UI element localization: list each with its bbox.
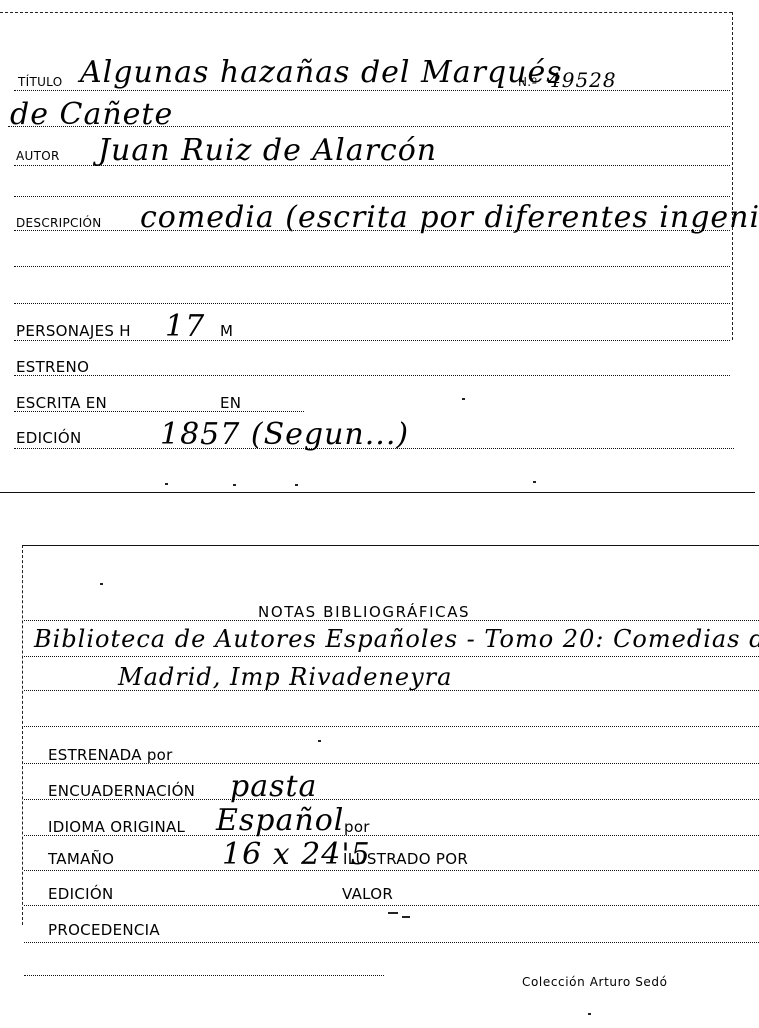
scan-speck <box>318 740 321 742</box>
edicion-label: EDICIÓN <box>16 431 81 446</box>
escrita-en-label: ESCRITA EN <box>16 396 107 411</box>
numero-label: N.º <box>518 76 537 88</box>
idioma-value: Español <box>216 806 344 836</box>
scan-speck <box>402 916 410 918</box>
rule-line <box>14 196 730 197</box>
edicion-label: EDICIÓN <box>48 887 113 902</box>
scan-speck <box>233 484 236 486</box>
card-separator <box>0 492 755 493</box>
rule-line <box>24 942 759 943</box>
estrenada-label: ESTRENADA por <box>48 748 173 763</box>
collection-stamp: Colección Arturo Sedó <box>522 975 668 989</box>
rule-line <box>24 726 759 727</box>
personajes-m-label: M <box>220 324 233 339</box>
personajes-h-label: PERSONAJES H <box>16 324 131 339</box>
estreno-label: ESTRENO <box>16 360 89 375</box>
rule-line <box>24 870 759 871</box>
descripcion-label: DESCRIPCIÓN <box>16 217 102 229</box>
tamano-label: TAMAÑO <box>48 852 114 867</box>
scan-speck <box>462 398 465 400</box>
en-label: EN <box>220 396 241 411</box>
titulo-label: TÍTULO <box>18 76 63 88</box>
rule-line <box>24 975 384 976</box>
titulo-value: Algunas hazañas del Marqués <box>80 58 563 88</box>
numero-value: 49528 <box>548 70 617 90</box>
card-top-edge <box>0 12 732 13</box>
descripcion-value: comedia (escrita por diferentes ingenios… <box>140 203 759 233</box>
card-left-edge <box>22 545 23 925</box>
rule-line <box>24 905 759 906</box>
valor-label: VALOR <box>342 887 393 902</box>
notas-heading: NOTAS BIBLIOGRÁFICAS <box>258 605 470 620</box>
ilustrado-label: ILUSTRADO POR <box>343 852 468 867</box>
scan-speck <box>588 1013 591 1015</box>
titulo-value-continued: de Cañete <box>10 100 173 130</box>
rule-line <box>14 266 730 267</box>
scan-speck <box>295 484 298 486</box>
rule-line <box>24 656 759 657</box>
rule-line <box>14 340 730 341</box>
scan-speck <box>165 483 168 485</box>
notas-line-2: Madrid, Imp Rivadeneyra <box>118 665 452 689</box>
scan-speck <box>388 912 398 914</box>
autor-label: AUTOR <box>16 150 60 162</box>
personajes-h-value: 17 <box>165 312 205 342</box>
scan-speck <box>100 583 103 585</box>
card-top-edge <box>22 545 759 546</box>
encuadernacion-label: ENCUADERNACIÓN <box>48 784 195 799</box>
rule-line <box>14 90 730 91</box>
rule-line <box>14 375 730 376</box>
encuadernacion-value: pasta <box>230 772 317 802</box>
edicion-value: 1857 (Segun...) <box>160 420 409 450</box>
autor-value: Juan Ruiz de Alarcón <box>98 136 437 166</box>
rule-line <box>14 303 730 304</box>
card-right-edge <box>732 12 733 340</box>
notas-line-1: Biblioteca de Autores Españoles - Tomo 2… <box>34 627 759 651</box>
scan-speck <box>533 481 536 483</box>
procedencia-label: PROCEDENCIA <box>48 923 160 938</box>
idioma-label: IDIOMA ORIGINAL <box>48 820 185 835</box>
por-label: por <box>344 820 370 835</box>
